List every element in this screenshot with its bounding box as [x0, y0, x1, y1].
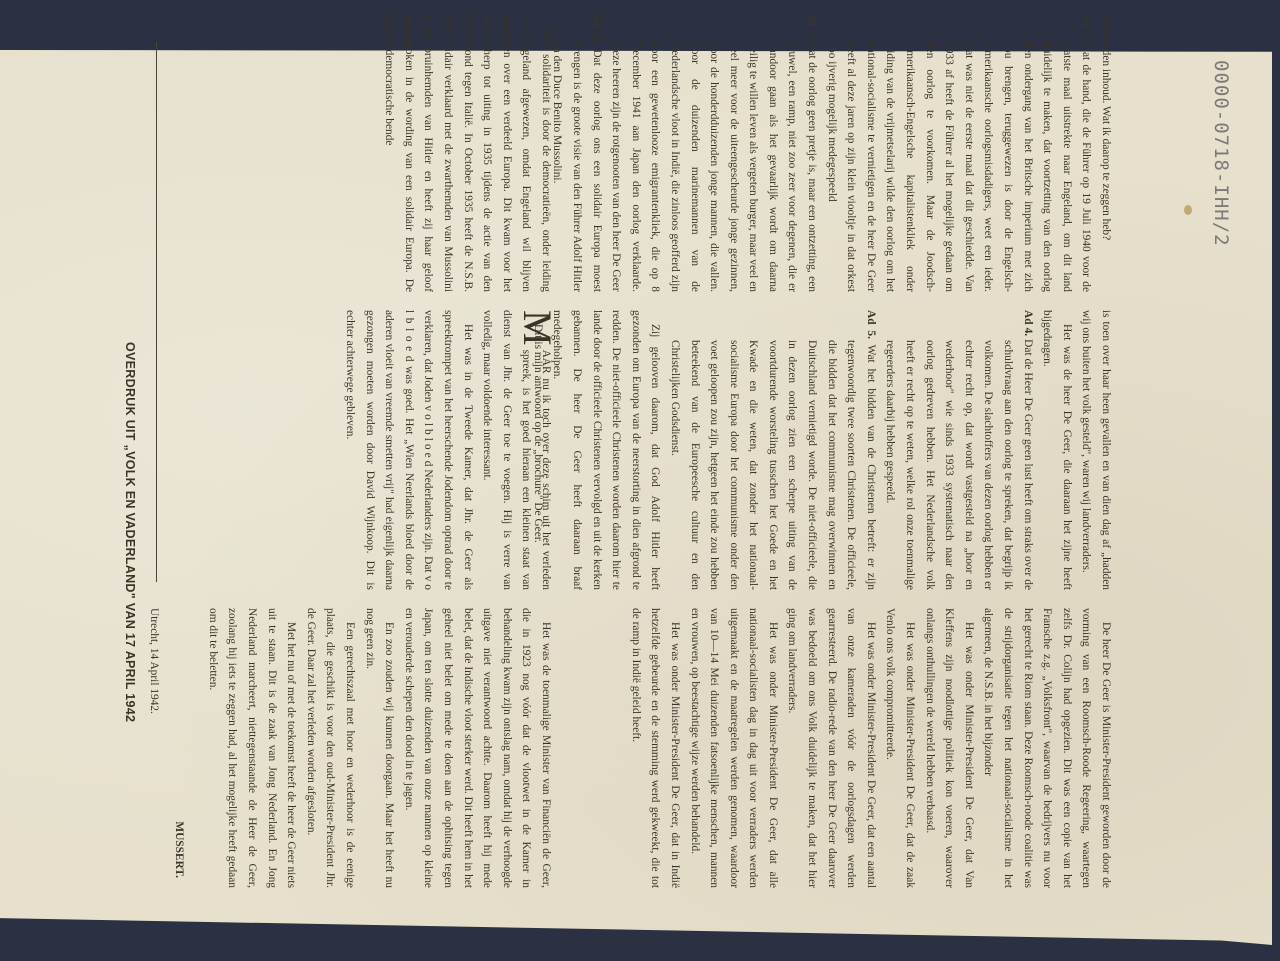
paragraph: Het was in de Tweede Kamer, dat Jhr. de … [339, 310, 476, 590]
paragraph: Het was onder Minister-President De Geer… [880, 608, 919, 888]
ad2-paragraph: Ad 2. Dat de oorlog geen pretje is, maar… [606, 12, 822, 292]
footer-rule [156, 42, 157, 582]
paragraph: Zij gelooven daarom, dat God Adolf Hitle… [547, 310, 665, 590]
paragraph: Het was onder Minister-President De Geer… [782, 608, 880, 888]
paragraph: Het was de heer De Geer, die daaraan het… [1037, 310, 1076, 590]
ad4-label: Ad 4. [1022, 310, 1034, 336]
column-2: is toen over haar heen gevallen en van d… [527, 310, 1115, 590]
paper-stain [1184, 205, 1192, 215]
paragraph: Het was onder Minister-President De Geer… [684, 608, 782, 888]
ad4-paragraph: Ad 4. Dat de Heer De Geer geen lust heef… [880, 310, 1037, 590]
paragraph: Het was de toenmalige Minister van Finan… [398, 608, 555, 888]
lower-column-1: Deze solidariteit is door de democratieë… [143, 12, 555, 292]
handwritten-archive-number: 0000-0718-IHH/2 [1210, 60, 1232, 247]
column-3: De heer De Geer is Minister-President ge… [527, 608, 1115, 888]
lower-columns: Deze solidariteit is door de democratieë… [143, 12, 555, 888]
rotated-article: Ziedaar den inhoud. Wat ik daarop te zeg… [35, 12, 1115, 892]
lower-column-2: MAAR nu ik toch over deze schim uit het … [143, 310, 555, 590]
ad1-label: Ad 1. [1080, 12, 1092, 39]
lower-column-3: Het was de toenmalige Minister van Finan… [143, 608, 555, 888]
drop-cap: M [521, 310, 553, 346]
reprint-footer: OVERDRUK UIT „VOLK EN VADERLAND" VAN 17 … [119, 342, 139, 722]
paragraph: De heer De Geer is Minister-President ge… [978, 608, 1115, 888]
paragraph: En zoo zouden wij kunnen doorgaan. Maar … [359, 608, 398, 888]
paragraph: MAAR nu ik toch over deze schim uit het … [477, 310, 555, 590]
paragraph: is toen over haar heen gevallen en van d… [1076, 310, 1115, 590]
upper-columns: Ziedaar den inhoud. Wat ik daarop te zeg… [527, 12, 1115, 888]
paragraph: Het was onder Minister-President De Geer… [625, 608, 684, 888]
ad2-label: Ad 2. [806, 12, 818, 39]
paragraph: Het was onder Minister-President De Geer… [919, 608, 978, 888]
paragraph: Een gerechtszaal met hoor en wederhoor i… [300, 608, 359, 888]
signature: MUSSERT. [169, 608, 189, 888]
ad3-paragraph: Ad 3. Dat deze oorlog ons een solidair E… [547, 12, 606, 292]
ad3-label: Ad 3. [591, 12, 603, 42]
column-1: Ziedaar den inhoud. Wat ik daarop te zeg… [527, 12, 1115, 292]
intro-question: Ziedaar den inhoud. Wat ik daarop te zeg… [1095, 12, 1115, 292]
dateline: Utrecht, 14 April 1942. [143, 608, 163, 888]
paragraph: Deze solidariteit is door de democratieë… [379, 12, 555, 292]
ad5-label: Ad 5. [865, 310, 877, 339]
ad5-paragraph: Ad 5. Wat het bidden van de Christenen b… [664, 310, 880, 590]
paragraph: Met het nu of met de toekomst heeft de h… [202, 608, 300, 888]
ad1-paragraph: Ad 1. Dat de hand, die de Führer op 19 J… [821, 12, 1095, 292]
